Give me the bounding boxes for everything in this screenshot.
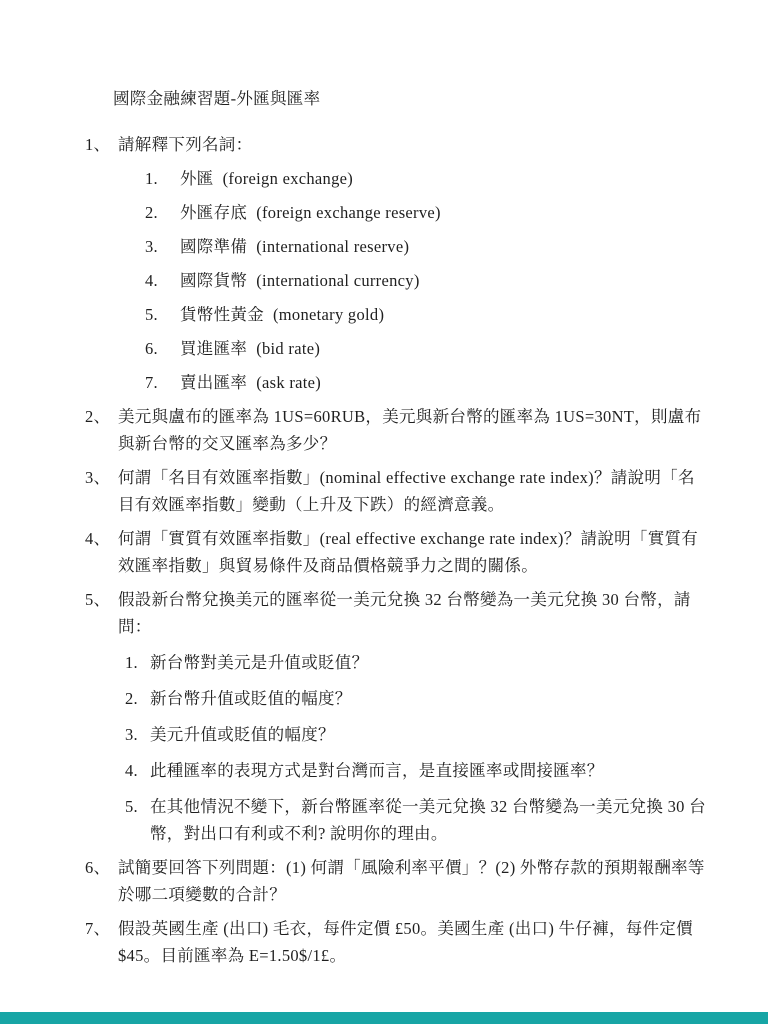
term-chinese: 國際貨幣 — [180, 271, 247, 290]
sub-question-text: 新台幣對美元是升值或貶值？ — [150, 653, 368, 672]
sub-question-text: 新台幣升值或貶值的幅度？ — [150, 689, 352, 708]
list-item: 3. 美元升值或貶值的幅度？ — [85, 721, 708, 748]
question-number: 6、 — [85, 854, 110, 881]
term-english: (monetary gold) — [273, 305, 384, 324]
document-page: 國際金融練習題-外匯與匯率 1、 請解釋下列名詞： 1. 外匯(foreign … — [85, 85, 708, 969]
page-title: 國際金融練習題-外匯與匯率 — [113, 85, 708, 112]
list-item: 5. 貨幣性黃金(monetary gold) — [85, 301, 708, 328]
question-number: 1、 — [85, 131, 110, 158]
question-6: 6、 試簡要回答下列問題：(1) 何謂「風險利率平價」？(2) 外幣存款的預期報… — [85, 854, 708, 908]
term-english: (ask rate) — [256, 373, 321, 392]
question-4: 4、 何謂「實質有效匯率指數」(real effective exchange … — [85, 525, 708, 579]
question-text: 請解釋下列名詞： — [118, 135, 252, 154]
list-item: 2. 外匯存底(foreign exchange reserve) — [85, 199, 708, 226]
term-chinese: 買進匯率 — [180, 339, 247, 358]
list-item: 1. 新台幣對美元是升值或貶值？ — [85, 649, 708, 676]
item-number: 4. — [145, 267, 158, 294]
question-number: 7、 — [85, 915, 110, 942]
term-english: (foreign exchange) — [223, 169, 353, 188]
sub-question-text: 在其他情況不變下，新台幣匯率從一美元兌換 32 台幣變為一美元兌換 30 台幣，… — [150, 797, 706, 843]
term-english: (bid rate) — [256, 339, 320, 358]
item-number: 3. — [125, 721, 138, 748]
sub-question-text: 美元升值或貶值的幅度？ — [150, 725, 335, 744]
item-number: 5. — [125, 793, 138, 820]
item-number: 5. — [145, 301, 158, 328]
item-number: 1. — [145, 165, 158, 192]
item-number: 6. — [145, 335, 158, 362]
question-5: 5、 假設新台幣兌換美元的匯率從一美元兌換 32 台幣變為一美元兌換 30 台幣… — [85, 586, 708, 640]
list-item: 5. 在其他情況不變下，新台幣匯率從一美元兌換 32 台幣變為一美元兌換 30 … — [85, 793, 708, 847]
item-number: 7. — [145, 369, 158, 396]
question-3: 3、 何謂「名目有效匯率指數」(nominal effective exchan… — [85, 464, 708, 518]
question-2: 2、 美元與盧布的匯率為 1US=60RUB，美元與新台幣的匯率為 1US=30… — [85, 403, 708, 457]
item-number: 2. — [125, 685, 138, 712]
term-chinese: 外匯存底 — [180, 203, 247, 222]
question-number: 2、 — [85, 403, 110, 430]
question-number: 3、 — [85, 464, 110, 491]
term-chinese: 貨幣性黃金 — [180, 305, 264, 324]
item-number: 3. — [145, 233, 158, 260]
bottom-progress-bar — [0, 1012, 768, 1024]
question-text: 假設英國生產 (出口) 毛衣，每件定價 £50。美國生產 (出口) 牛仔褲，每件… — [118, 919, 697, 965]
term-chinese: 國際準備 — [180, 237, 247, 256]
question-1: 1、 請解釋下列名詞： — [85, 131, 708, 158]
list-item: 7. 賣出匯率(ask rate) — [85, 369, 708, 396]
question-text: 美元與盧布的匯率為 1US=60RUB，美元與新台幣的匯率為 1US=30NT，… — [118, 407, 701, 453]
item-number: 4. — [125, 757, 138, 784]
term-english: (international reserve) — [256, 237, 409, 256]
item-number: 2. — [145, 199, 158, 226]
question-text: 試簡要回答下列問題：(1) 何謂「風險利率平價」？(2) 外幣存款的預期報酬率等… — [118, 858, 705, 904]
question-text: 何謂「名目有效匯率指數」(nominal effective exchange … — [118, 468, 695, 514]
term-chinese: 賣出匯率 — [180, 373, 247, 392]
list-item: 6. 買進匯率(bid rate) — [85, 335, 708, 362]
sub-question-text: 此種匯率的表現方式是對台灣而言，是直接匯率或間接匯率？ — [150, 761, 604, 780]
question-number: 5、 — [85, 586, 110, 613]
question-text: 何謂「實質有效匯率指數」(real effective exchange rat… — [118, 529, 698, 575]
term-chinese: 外匯 — [180, 169, 214, 188]
list-item: 1. 外匯(foreign exchange) — [85, 165, 708, 192]
question-5-sub-list: 1. 新台幣對美元是升值或貶值？ 2. 新台幣升值或貶值的幅度？ 3. 美元升值… — [85, 649, 708, 847]
list-item: 4. 國際貨幣(international currency) — [85, 267, 708, 294]
item-number: 1. — [125, 649, 138, 676]
question-1-term-list: 1. 外匯(foreign exchange) 2. 外匯存底(foreign … — [85, 165, 708, 396]
list-item: 2. 新台幣升值或貶值的幅度？ — [85, 685, 708, 712]
list-item: 4. 此種匯率的表現方式是對台灣而言，是直接匯率或間接匯率？ — [85, 757, 708, 784]
term-english: (foreign exchange reserve) — [256, 203, 441, 222]
question-number: 4、 — [85, 525, 110, 552]
list-item: 3. 國際準備(international reserve) — [85, 233, 708, 260]
question-text: 假設新台幣兌換美元的匯率從一美元兌換 32 台幣變為一美元兌換 30 台幣，請問… — [118, 590, 691, 636]
question-7: 7、 假設英國生產 (出口) 毛衣，每件定價 £50。美國生產 (出口) 牛仔褲… — [85, 915, 708, 969]
term-english: (international currency) — [256, 271, 419, 290]
